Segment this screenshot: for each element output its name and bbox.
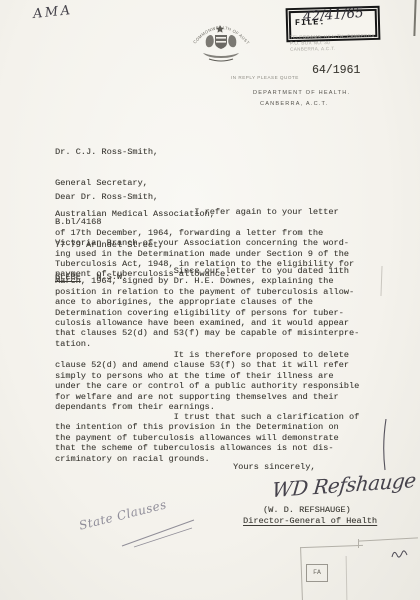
- fa-stamp-box: FA: [306, 564, 328, 582]
- contact-line: CANBERRA, A.C.T.: [290, 45, 375, 52]
- contact-lines: TELEGRAMS: HEALTH, CANBERRA P.O. BOX NO.…: [290, 33, 375, 52]
- signatory-name: (W. D. REFSHAUGE): [263, 505, 351, 515]
- letter-paragraph: It is therefore proposed to delete claus…: [55, 350, 389, 412]
- letter-paragraph: Since our letter to you dated 11th March…: [55, 266, 389, 349]
- salutation: Dear Dr. Ross-Smith,: [55, 192, 158, 202]
- corner-stamp-edge: [300, 547, 303, 600]
- margin-note-underline: [118, 514, 200, 550]
- fa-stamp-label: FA: [313, 569, 321, 576]
- corner-stamp-edge: [358, 537, 418, 541]
- scan-edge-line: [413, 0, 416, 36]
- signature-script: WD Refshauge: [271, 468, 417, 502]
- department-name: DEPARTMENT OF HEALTH.: [253, 90, 350, 96]
- corner-stamp-divider: [346, 556, 348, 600]
- coat-of-arms-icon: COMMONWEALTH OF AUSTRALIA: [189, 13, 253, 65]
- reply-quote-label: IN REPLY PLEASE QUOTE: [231, 75, 299, 80]
- letter-paragraph: I trust that such a clarification of the…: [55, 412, 389, 464]
- department-city: CANBERRA, A.C.T.: [260, 101, 328, 107]
- page: { "annotations": { "top_left_note": "AMA…: [0, 0, 420, 600]
- ama-handwritten-note: AMA: [32, 3, 73, 22]
- closing: Yours sincerely,: [233, 462, 316, 472]
- corner-scribble: [390, 547, 410, 563]
- pen-stroke: [380, 419, 390, 471]
- address-line: Dr. C.J. Ross-Smith,: [55, 147, 215, 157]
- corner-stamp-edge: [358, 539, 359, 548]
- address-line: General Secretary,: [55, 178, 215, 188]
- signatory-title: Director-General of Health: [243, 516, 377, 526]
- reference-number: 64/1961: [312, 66, 360, 76]
- corner-stamp-edge: [301, 545, 363, 548]
